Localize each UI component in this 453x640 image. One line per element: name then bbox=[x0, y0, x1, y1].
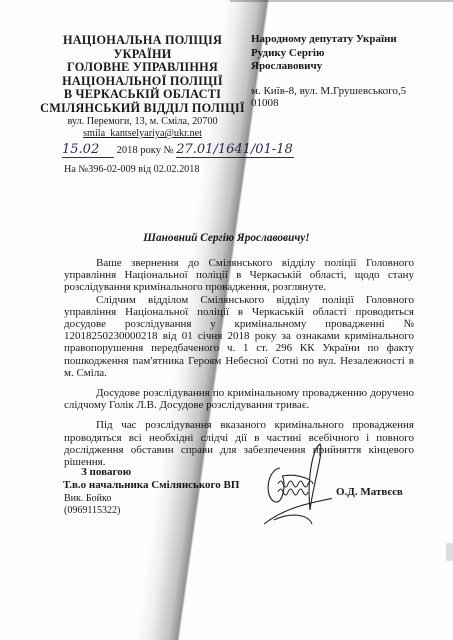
recipient-patronymic: Ярославовичу bbox=[251, 60, 406, 74]
body-paragraph: Слідчим відділом Смілянського відділу по… bbox=[64, 294, 414, 379]
recipient-name: Рудику Сергію bbox=[251, 47, 406, 61]
number-sign: № bbox=[164, 145, 174, 156]
recipient-address-zip: 01008 bbox=[251, 97, 406, 110]
reference-line: На №396-02-009 від 02.02.2018 bbox=[64, 164, 199, 175]
page-edge-shadow bbox=[230, 0, 453, 2]
recipient-block: Народному депутату України Рудику Сергію… bbox=[251, 33, 406, 110]
recipient-title: Народному депутату України bbox=[251, 33, 406, 47]
closing-position: Т.в.о начальника Смілянського ВП bbox=[63, 479, 239, 492]
sender-line: УКРАЇНИ bbox=[40, 48, 245, 62]
sender-line: НАЦІОНАЛЬНОЇ ПОЛІЦІЇ bbox=[40, 75, 245, 89]
sender-line: В ЧЕРКАСЬКІЙ ОБЛАСТІ bbox=[40, 88, 245, 102]
closing-block: З повагою Т.в.о начальника Смілянського … bbox=[63, 466, 239, 492]
registration-year: 2018 року bbox=[117, 145, 161, 156]
letter-body: Ваше звернення до Смілянського відділу п… bbox=[64, 257, 414, 468]
sender-line: СМІЛЯНСЬКИЙ ВІДДІЛ ПОЛІЦІЇ bbox=[40, 102, 245, 116]
edge-mark bbox=[446, 543, 453, 561]
closing-greeting: З повагою bbox=[63, 466, 239, 479]
signatory-name: О.Д. Матвєєв bbox=[336, 486, 403, 498]
executor-name: Вик. Бойко bbox=[64, 493, 120, 505]
body-paragraph: Ваше звернення до Смілянського відділу п… bbox=[64, 257, 414, 294]
recipient-address-street: м. Київ-8, вул. М.Грушевського,5 bbox=[251, 85, 406, 98]
executor-info: Вик. Бойко (0969115322) bbox=[64, 493, 120, 517]
body-paragraph: Досудове розслідування по кримінальному … bbox=[64, 387, 414, 411]
body-paragraph: Під час розслідування вказаного кримінал… bbox=[64, 419, 414, 468]
sender-address: вул. Перемоги, 13, м. Сміла, 20700 bbox=[40, 116, 245, 128]
handwritten-number: 27.01/1641/01-18 bbox=[176, 142, 294, 158]
handwritten-date: 15.02 bbox=[62, 142, 114, 158]
sender-header: НАЦІОНАЛЬНА ПОЛІЦІЯ УКРАЇНИ ГОЛОВНЕ УПРА… bbox=[40, 34, 245, 140]
executor-phone: (0969115322) bbox=[64, 505, 120, 517]
registration-line: 15.02 2018 року № 27.01/1641/01-18 bbox=[62, 142, 294, 158]
letter-page: НАЦІОНАЛЬНА ПОЛІЦІЯ УКРАЇНИ ГОЛОВНЕ УПРА… bbox=[0, 0, 453, 640]
sender-line: ГОЛОВНЕ УПРАВЛІННЯ bbox=[40, 61, 245, 75]
signature-icon bbox=[262, 440, 332, 530]
recipient-address: м. Київ-8, вул. М.Грушевського,5 01008 bbox=[251, 85, 406, 110]
sender-line: НАЦІОНАЛЬНА ПОЛІЦІЯ bbox=[40, 34, 245, 48]
salutation: Шановний Сергію Ярославовичу! bbox=[0, 232, 453, 244]
sender-email: smila_kantselyariya@ukr.net bbox=[40, 128, 245, 140]
